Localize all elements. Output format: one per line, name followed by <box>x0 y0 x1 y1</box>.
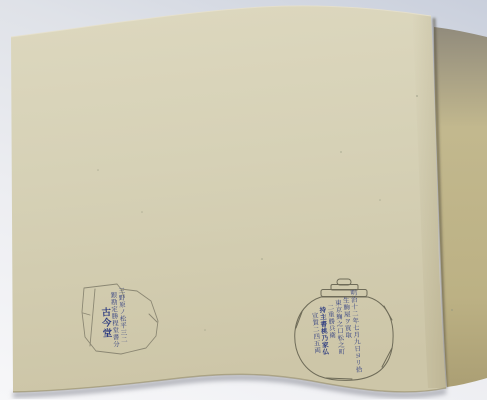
jar-inscription: 明治十二年七月九日ヨリ拾 生駒屋ヲ買取 東京麹之口松之町 二重勝兵衛 持主書桃乃… <box>308 289 363 376</box>
stone-inscription: 三野原ノ松平三二 銀勘定勝程堂書分 古今堂 <box>97 287 129 348</box>
stone-inscription-shop-name: 古今堂 <box>100 307 112 348</box>
album-page <box>11 6 446 392</box>
scene-svg <box>0 0 487 400</box>
photo-of-album: 三野原ノ松平三二 銀勘定勝程堂書分 古今堂 明治十二年七月九日ヨリ拾 生駒屋ヲ買… <box>0 0 487 400</box>
